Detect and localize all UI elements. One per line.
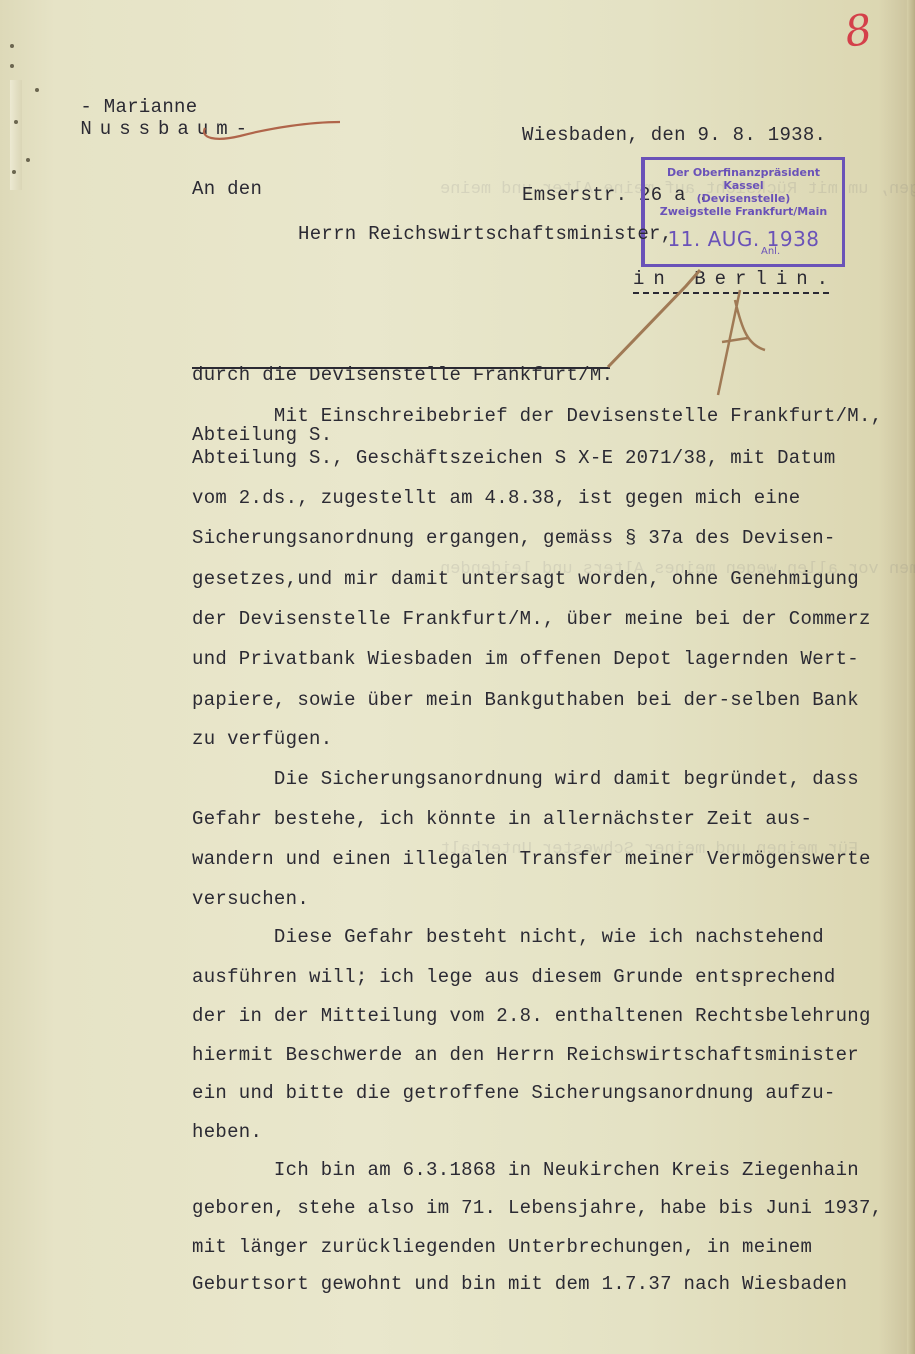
brown-pencil-stroke — [608, 270, 700, 367]
red-pencil-curve — [204, 122, 340, 139]
pencil-marks — [0, 0, 915, 1354]
handwritten-initial-icon — [718, 290, 765, 395]
